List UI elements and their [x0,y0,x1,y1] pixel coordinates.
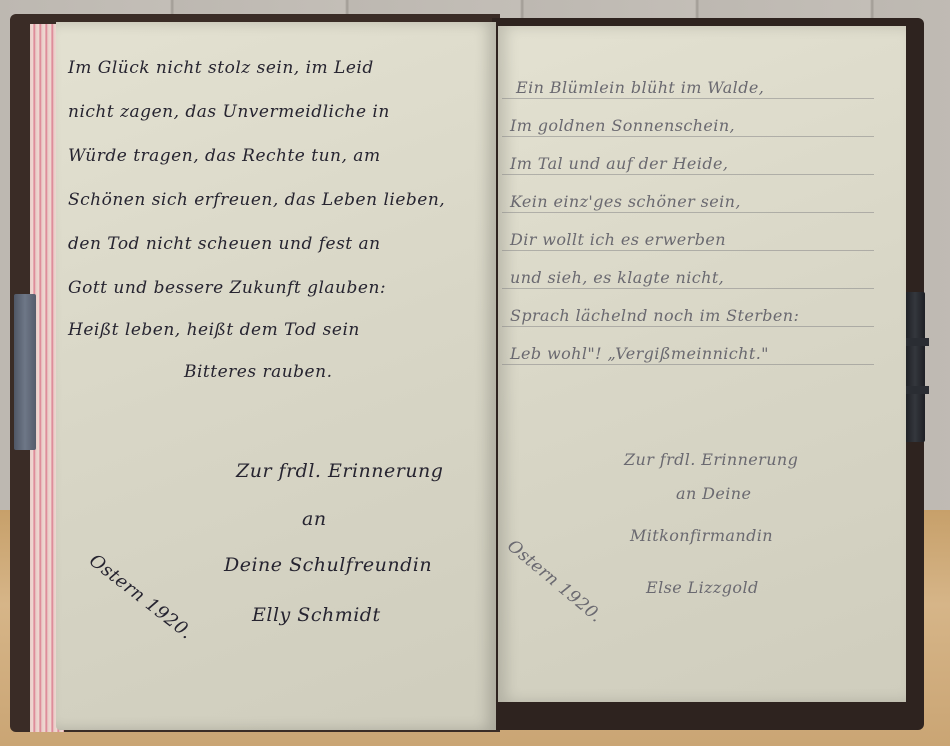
dedication-line: Zur frdl. Erinnerung [236,460,443,482]
date-note: Ostern 1920. [503,536,606,627]
dedication-line: an Deine [676,484,751,503]
signature: Elly Schmidt [252,604,381,626]
poem-line: Bitteres rauben. [184,362,332,382]
left-page: Im Glück nicht stolz sein, im Leid nicht… [56,22,496,730]
metal-clasp-right [905,292,925,442]
poem-line: Ein Blümlein blüht im Walde, [516,78,764,97]
dedication-line: an [302,508,327,530]
poem-line: Im Glück nicht stolz sein, im Leid [68,58,374,78]
poem-line: Im goldnen Sonnenschein, [510,116,735,135]
metal-clasp-left [14,294,36,450]
poem-line: Sprach lächelnd noch im Sterben: [510,306,799,325]
dedication-line: Deine Schulfreundin [224,554,432,576]
poem-line: den Tod nicht scheuen und fest an [68,234,381,254]
date-note: Ostern 1920. [85,550,197,644]
signature: Else Lizzgold [646,578,759,597]
poem-line: nicht zagen, das Unvermeidliche in [68,102,390,122]
poem-line: Leb wohl"! „Vergißmeinnicht." [510,344,769,363]
poem-line: und sieh, es klagte nicht, [510,268,724,287]
poem-line: Schönen sich erfreuen, das Leben lieben, [68,190,445,210]
poem-line: Heißt leben, heißt dem Tod sein [68,320,360,340]
poem-line: Würde tragen, das Rechte tun, am [68,146,381,166]
poem-line: Im Tal und auf der Heide, [510,154,728,173]
dedication-line: Zur frdl. Erinnerung [624,450,798,469]
right-page: Ein Blümlein blüht im Walde, Im goldnen … [498,26,906,702]
poem-line: Dir wollt ich es erwerben [510,230,726,249]
poem-line: Kein einz'ges schöner sein, [510,192,741,211]
dedication-line: Mitkonfirmandin [630,526,773,545]
poem-line: Gott und bessere Zukunft glauben: [68,278,386,298]
